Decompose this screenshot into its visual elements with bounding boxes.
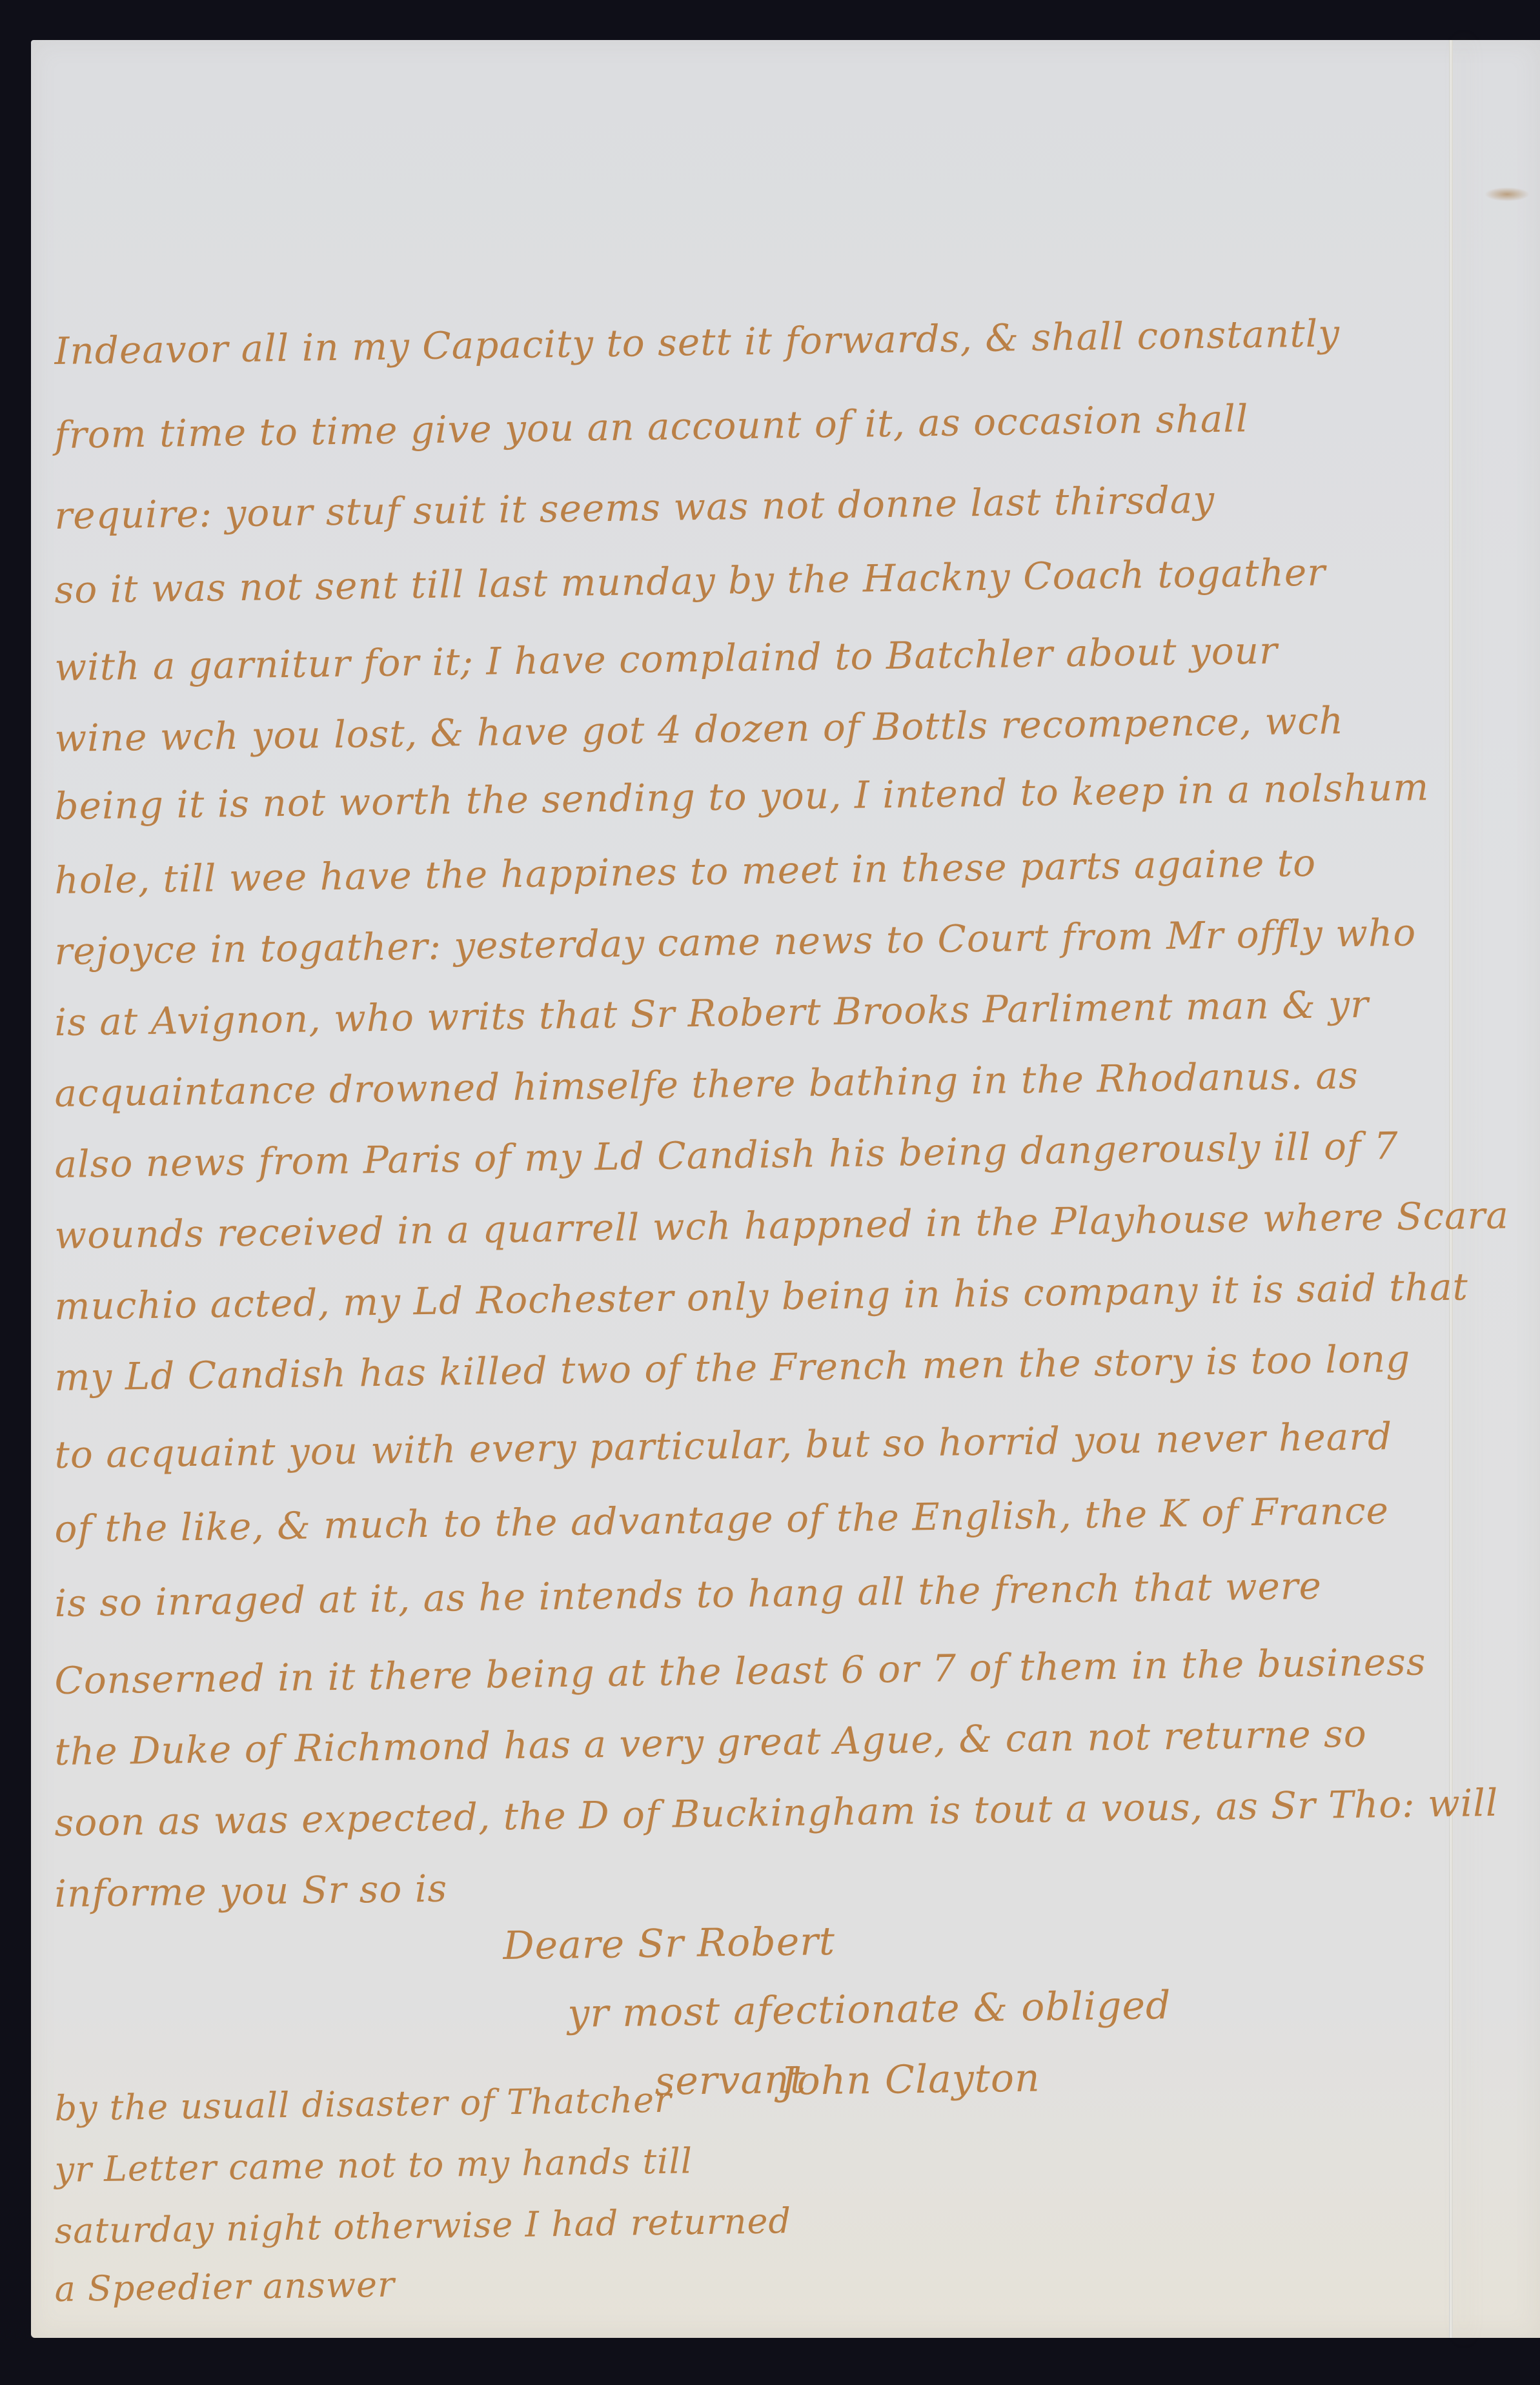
page-fold-crease — [1449, 40, 1453, 2338]
closing-phrase: yr most afectionate & obliged — [567, 1983, 1171, 2036]
signature: John Clayton — [780, 2055, 1040, 2104]
salutation: Deare Sr Robert — [503, 1919, 835, 1969]
ink-stain-mark — [1484, 187, 1530, 201]
postscript-line-1: by the usuall disaster of Thatcher — [54, 2080, 672, 2129]
postscript-line-4: a Speedier answer — [54, 2264, 395, 2309]
